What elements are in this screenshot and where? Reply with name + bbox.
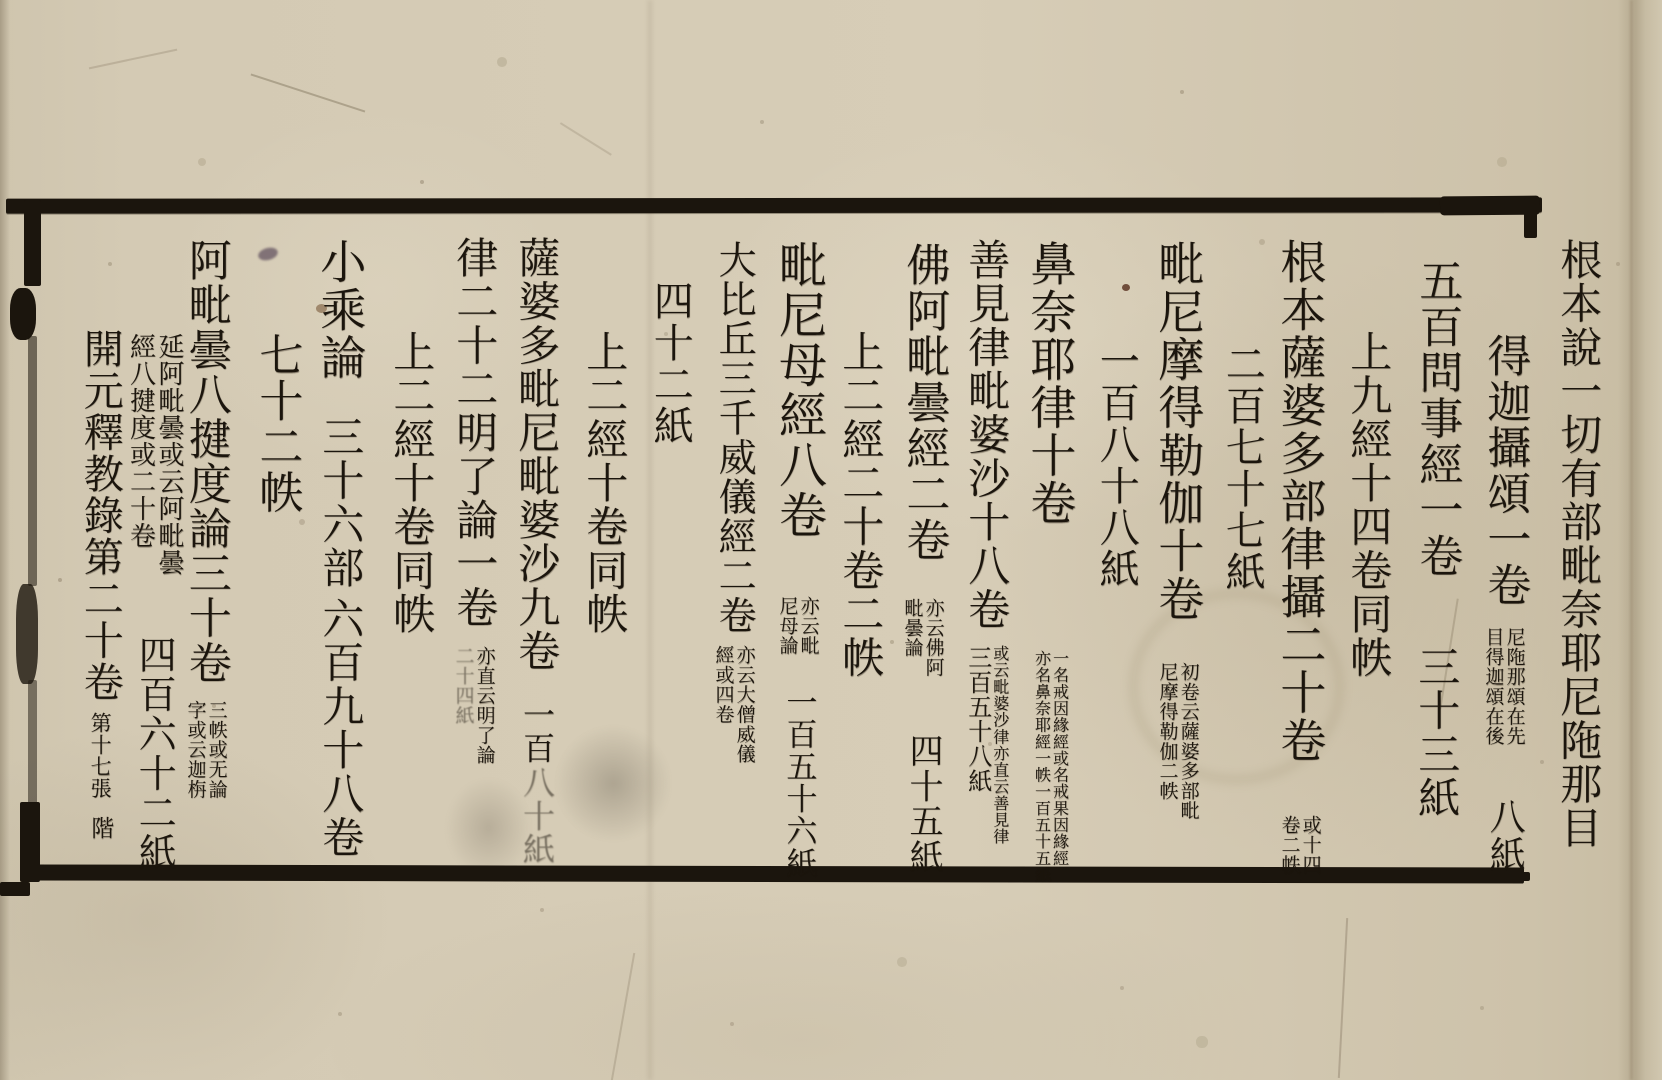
entry-column-1: 根本說一切有部毗奈耶尼陁那目 xyxy=(1548,0,1608,1080)
scanned-page: 根本說一切有部毗奈耶尼陁那目得迦攝頌一卷尼陁那頌在先目得迦頌在後八紙五百問事經一… xyxy=(0,0,1662,1080)
page-count: 一百 xyxy=(519,698,553,765)
entry-title: 佛阿毗曇經二卷 xyxy=(900,242,947,562)
page-border-left xyxy=(28,680,37,808)
entry-column-10: 善見律毗婆沙十八卷或云毗婆沙律亦直云善見律三百五十八紙 xyxy=(956,0,1016,1080)
entry-column-6: 二百七十七紙 xyxy=(1212,0,1272,1080)
entry-note: 亦云毗尼母論 xyxy=(776,596,819,655)
page-count: 八紙 xyxy=(1485,798,1523,873)
entry-title: 鼻奈耶律十卷 xyxy=(1026,240,1075,527)
entry-note-continuation: 延阿毗曇或云阿毗曇經八揵度或二十卷 xyxy=(125,333,183,576)
entry-column-9: 鼻奈耶律十卷一名戒因緣經或名戒果因緣經亦名鼻奈耶經一帙一百五十五紙 xyxy=(1020,0,1080,1080)
entry-column-8: 一百八十八紙 xyxy=(1086,0,1146,1080)
entry-note: 亦云大僧威儀經或四卷 xyxy=(712,645,755,764)
entry-note: 或云毗婆沙律亦直云善見律三百五十八紙 xyxy=(963,645,1008,845)
colophon-title: 開元釋教錄第二十卷 xyxy=(79,328,121,702)
entry-column-21: 七十二帙 xyxy=(246,0,306,1080)
page-border-left xyxy=(10,288,36,340)
case-summary: 上九經十四卷同帙 xyxy=(1346,330,1391,679)
entry-note: 三帙或无論字或云迦栴 xyxy=(184,700,227,799)
entry-note: 初卷云薩婆多部毗尼摩得勒伽二帙 xyxy=(1156,662,1199,820)
entry-column-3: 五百問事經一卷三十三紙 xyxy=(1406,0,1466,1080)
entry-column-4: 上九經十四卷同帙 xyxy=(1338,0,1398,1080)
entry-column-16: 上二經十卷同帙 xyxy=(574,0,634,1080)
entry-column-11: 佛阿毗曇經二卷亦云佛阿毗曇論四十五紙 xyxy=(893,0,953,1080)
entry-column-22: 阿毗曇八揵度論三十卷三帙或无論字或云迦栴 xyxy=(176,0,236,1080)
entry-column-2: 得迦攝頌一卷尼陁那頌在先目得迦頌在後八紙 xyxy=(1474,0,1534,1080)
page-count: 四十五紙 xyxy=(905,733,941,874)
page-border-corner xyxy=(0,882,30,896)
page-border-left xyxy=(24,200,41,286)
entry-column-17: 薩婆多毗尼毗婆沙九卷一百八十紙 xyxy=(506,0,566,1080)
sheet-number: 第十七張 xyxy=(89,712,111,799)
section-total-scrolls: 六百九十八卷 xyxy=(318,597,363,859)
entry-column-20: 小乘論三十六部六百九十八卷 xyxy=(310,0,370,1080)
page-border-left xyxy=(16,584,38,684)
entry-column-13: 毗尼母經八卷亦云毗尼母論一百五十六紙 xyxy=(768,0,828,1080)
entry-note: 一名戒因緣經或名戒果因緣經亦名鼻奈耶經一帙一百五十五紙 xyxy=(1032,650,1069,883)
entry-title: 大比丘三千威儀經二卷 xyxy=(714,240,754,635)
page-count: 一百八十八紙 xyxy=(1095,340,1137,590)
entry-title: 毗尼摩得勒伽十卷 xyxy=(1154,240,1203,623)
section-heading: 小乘論 xyxy=(316,238,365,382)
entry-note: 亦直云明了論二十四紙 xyxy=(452,646,495,765)
entry-title: 毗尼母經八卷 xyxy=(773,240,824,540)
entry-column-18: 律二十二明了論一卷亦直云明了論二十四紙 xyxy=(444,0,504,1080)
entry-title: 根本說一切有部毗奈耶尼陁那目 xyxy=(1556,238,1601,850)
entry-note: 尼陁那頌在先目得迦頌在後 xyxy=(1482,627,1525,746)
entry-title-continuation: 得迦攝頌一卷 xyxy=(1481,333,1528,608)
section-total-parts: 三十六部 xyxy=(318,415,363,590)
entry-title: 善見律毗婆沙十八卷 xyxy=(964,238,1009,631)
paper-right-fold-line xyxy=(1630,0,1633,1080)
entry-title: 律二十二明了論一卷 xyxy=(452,236,497,629)
paper-right-edge-shadow xyxy=(1618,0,1662,1080)
entry-column-7: 毗尼摩得勒伽十卷初卷云薩婆多部毗尼摩得勒伽二帙 xyxy=(1148,0,1208,1080)
entry-title: 阿毗曇八揵度論三十卷 xyxy=(183,238,229,685)
entry-title: 薩婆多毗尼毗婆沙九卷 xyxy=(514,236,559,673)
entry-column-14: 大比丘三千威儀經二卷亦云大僧威儀經或四卷 xyxy=(704,0,764,1080)
page-count: 三十三紙 xyxy=(1414,645,1459,820)
entry-column-24: 開元釋教錄第二十卷第十七張階 xyxy=(70,0,130,1080)
case-summary: 上二經十卷同帙 xyxy=(389,330,434,636)
entry-note: 亦云佛阿毗曇論 xyxy=(901,598,944,677)
entry-title: 五百問事經一卷 xyxy=(1413,258,1460,578)
page-border-left xyxy=(28,336,37,586)
section-total-cases: 七十二帙 xyxy=(253,332,300,515)
entry-column-5: 根本薩婆多部律攝二十卷或十四卷二帙 xyxy=(1270,0,1330,1080)
page-count: 一百五十六紙 xyxy=(782,686,815,879)
case-summary: 上二經二十卷二帙 xyxy=(838,330,883,679)
page-count: 四十二紙 xyxy=(649,280,691,446)
entry-column-19: 上二經十卷同帙 xyxy=(381,0,441,1080)
entry-column-15: 四十二紙 xyxy=(640,0,700,1080)
page-border-left xyxy=(20,802,40,882)
paper-left-edge-shadow xyxy=(0,0,10,1080)
entry-column-12: 上二經二十卷二帙 xyxy=(830,0,890,1080)
page-count-faded: 八十紙 xyxy=(519,766,553,866)
page-count: 四百六十二紙 xyxy=(134,635,174,872)
entry-title: 根本薩婆多部律攝二十卷 xyxy=(1276,238,1325,764)
paper-speckles xyxy=(0,0,4,4)
case-summary: 上二經十卷同帙 xyxy=(582,330,627,636)
entry-note: 或十四卷二帙 xyxy=(1278,815,1321,874)
page-count: 二百七十七紙 xyxy=(1221,343,1263,593)
collator-mark: 階 xyxy=(88,816,112,840)
entry-column-23: 延阿毗曇或云阿毗曇經八揵度或二十卷四百六十二紙 xyxy=(124,0,184,1080)
